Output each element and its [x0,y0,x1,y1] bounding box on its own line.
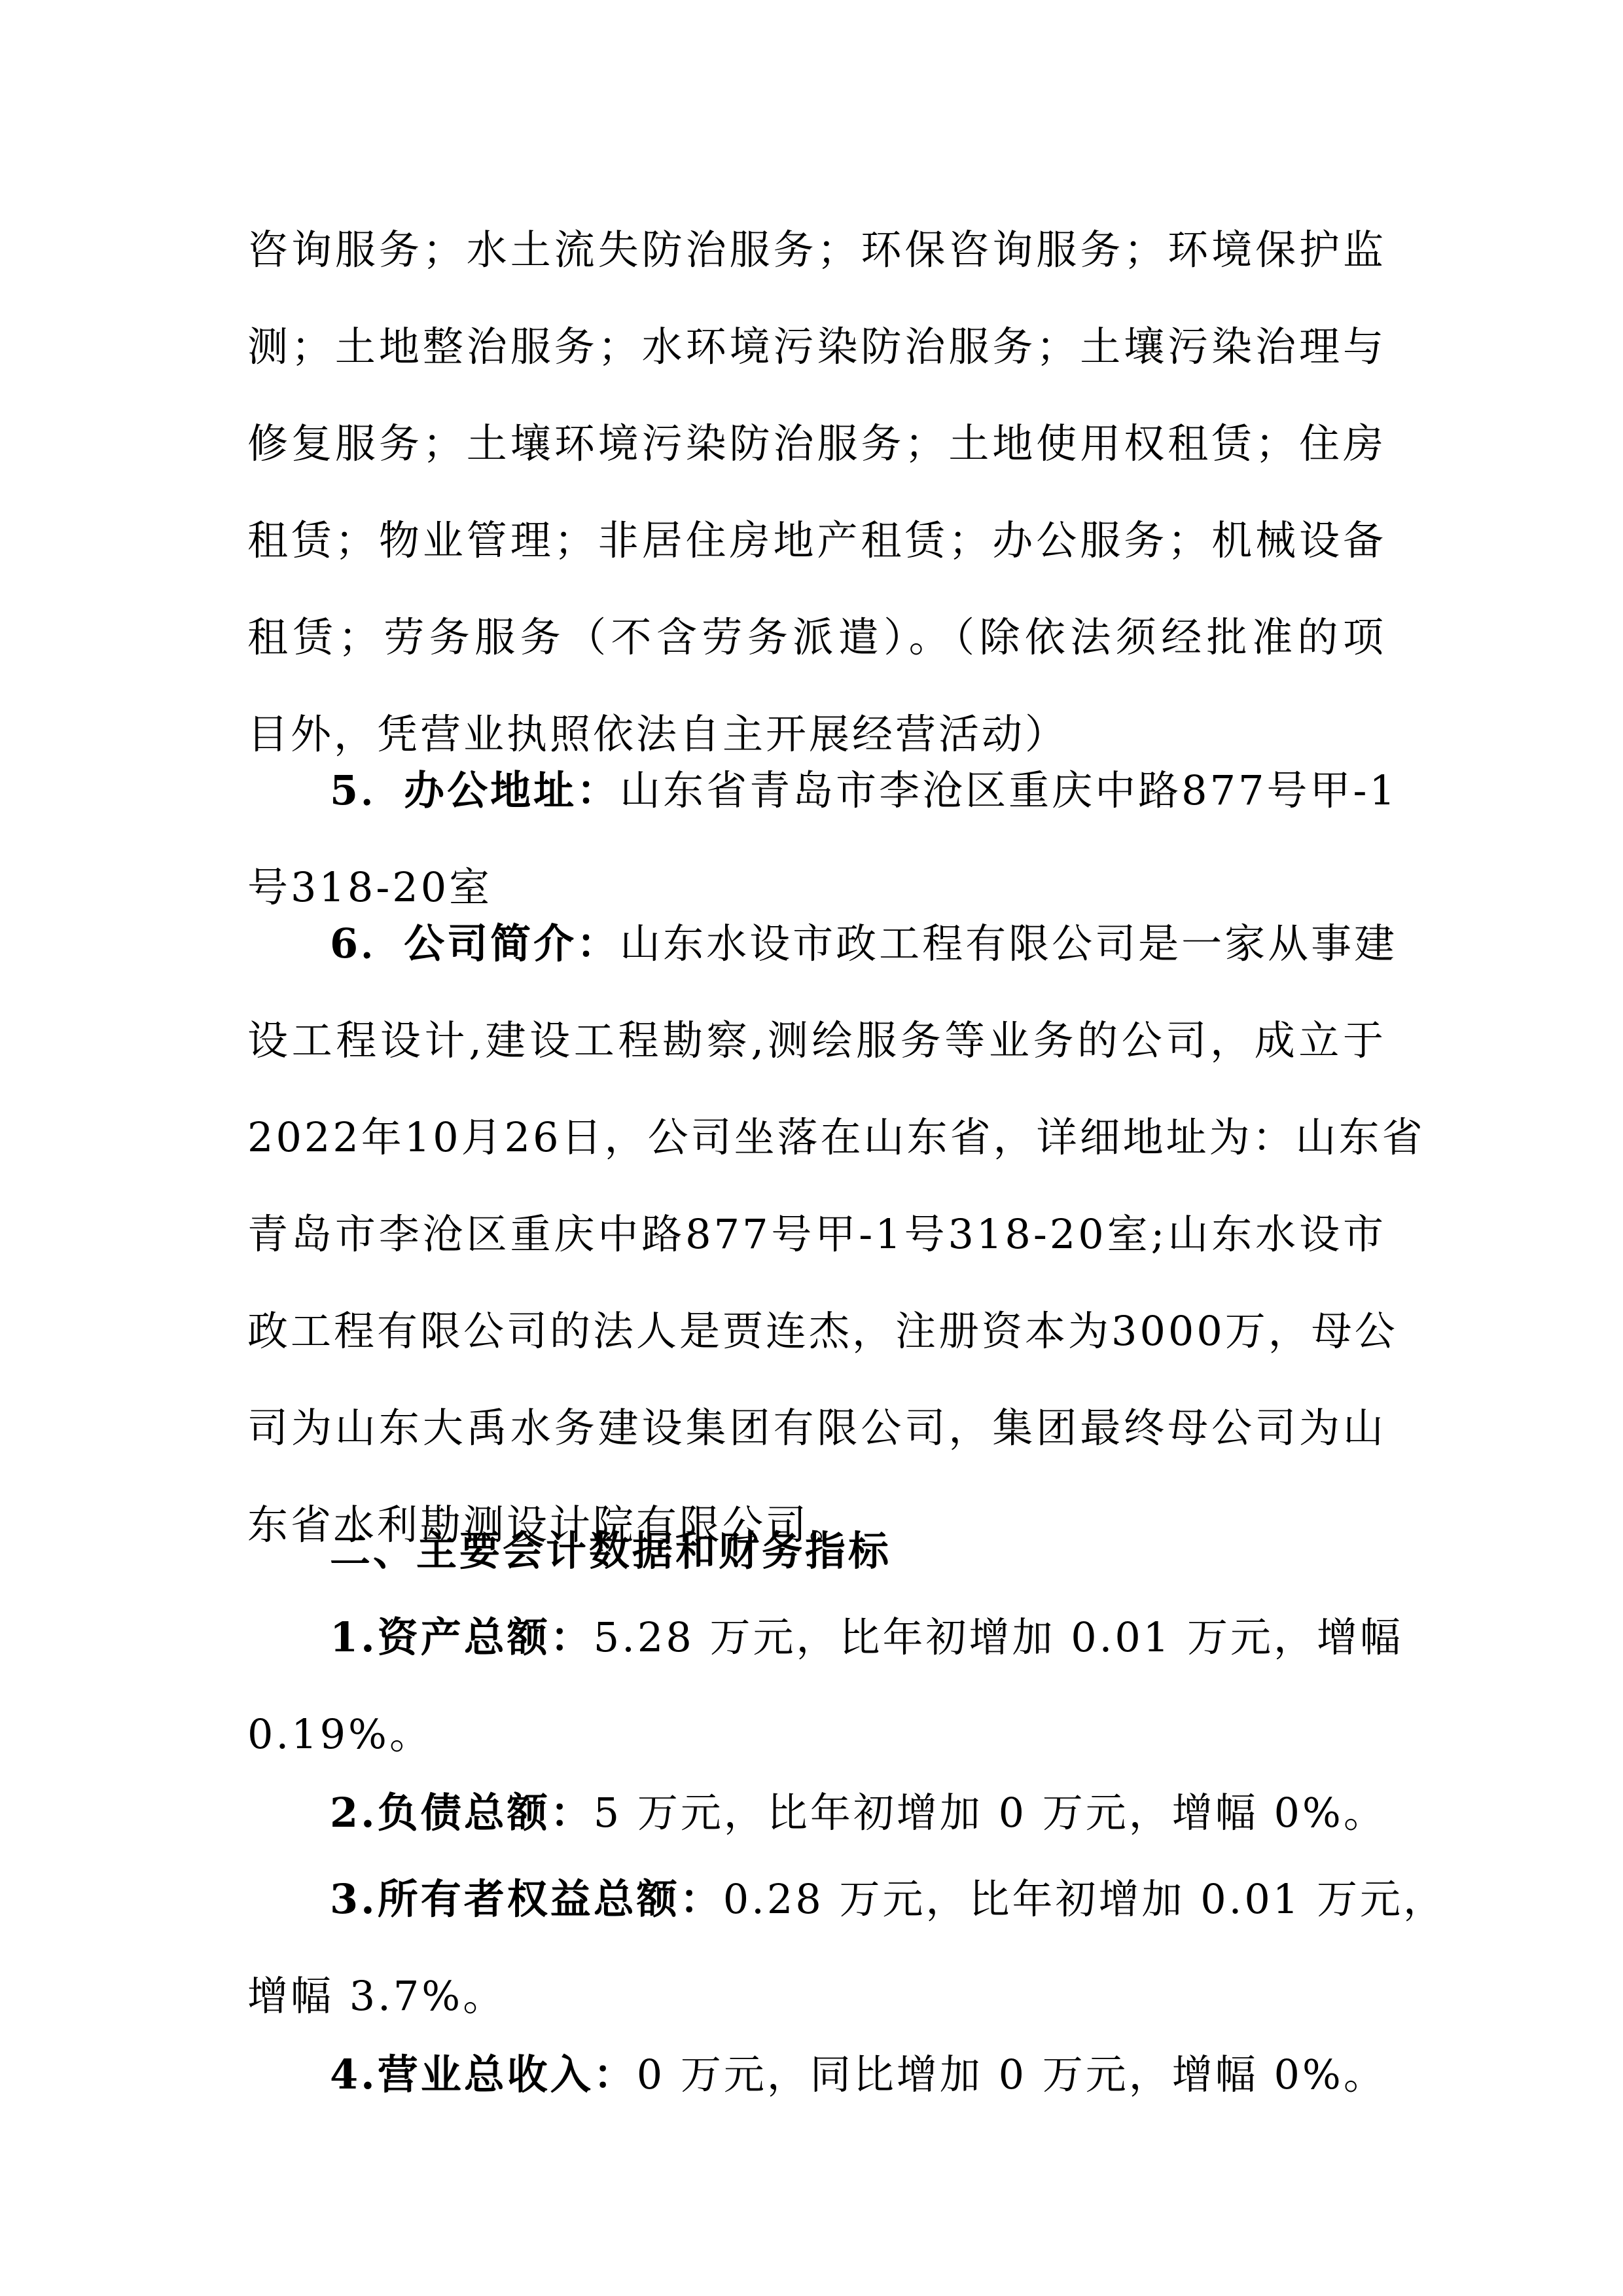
total-liabilities-line: 2.负债总额：5 万元，比年初增加 0 万元，增幅 0%。 [330,1787,1386,1839]
company-profile-line-2: 设工程设计,建设工程勘察,测绘服务等业务的公司，成立于 [247,1014,1386,1067]
business-scope-line-4: 租赁；物业管理；非居住房地产租赁；办公服务；机械设备 [247,514,1386,567]
business-scope-line-6: 目外，凭营业执照依法自主开展经营活动） [247,708,1386,761]
total-liabilities-label: 2.负债总额： [330,1789,594,1837]
owners-equity-line-2: 增幅 3.7%。 [247,1970,1386,2022]
company-profile-label: 6．公司简介： [330,920,620,967]
company-profile-paragraph: 6．公司简介：山东水设市政工程有限公司是一家从事建 [330,918,1386,970]
total-assets-line-1: 1.资产总额：5.28 万元，比年初增加 0.01 万元，增幅 [330,1611,1386,1664]
office-address-value-line-2: 号318-20室 [247,861,1386,914]
business-scope-line-1: 咨询服务；水土流失防治服务；环保咨询服务；环境保护监 [247,224,1386,276]
total-liabilities-value: 5 万元，比年初增加 0 万元，增幅 0%。 [594,1789,1387,1837]
company-profile-line-6: 司为山东大禹水务建设集团有限公司，集团最终母公司为山 [247,1402,1386,1454]
owners-equity-label: 3.所有者权益总额： [330,1875,723,1923]
company-profile-line-3: 2022年10月26日，公司坐落在山东省，详细地址为：山东省 [247,1111,1386,1164]
owners-equity-line-1: 3.所有者权益总额：0.28 万元，比年初增加 0.01 万元， [330,1873,1386,1926]
business-scope-line-3: 修复服务；土壤环境污染防治服务；土地使用权租赁；住房 [247,418,1386,470]
office-address-value-line-1: 山东省青岛市李沧区重庆中路877号甲-1 [620,766,1398,814]
section-two-heading: 二、主要会计数据和财务指标 [330,1525,1386,1577]
total-assets-label: 1.资产总额： [330,1613,594,1661]
office-address-paragraph: 5．办公地址：山东省青岛市李沧区重庆中路877号甲-1 [330,764,1386,817]
company-profile-line-4: 青岛市李沧区重庆中路877号甲-1号318-20室;山东水设市 [247,1208,1386,1261]
total-revenue-value: 0 万元，同比增加 0 万元，增幅 0%。 [637,2051,1387,2098]
owners-equity-value: 0.28 万元，比年初增加 0.01 万元， [723,1875,1446,1923]
company-profile-line-5: 政工程有限公司的法人是贾连杰，注册资本为3000万，母公 [247,1305,1386,1357]
business-scope-line-2: 测；土地整治服务；水环境污染防治服务；土壤污染治理与 [247,321,1386,373]
business-scope-line-5: 租赁；劳务服务（不含劳务派遣）。（除依法须经批准的项 [247,611,1386,664]
total-revenue-label: 4.营业总收入： [330,2051,637,2098]
total-revenue-line: 4.营业总收入：0 万元，同比增加 0 万元，增幅 0%。 [330,2049,1386,2101]
office-address-label: 5．办公地址： [330,766,620,814]
document-page: 咨询服务；水土流失防治服务；环保咨询服务；环境保护监 测；土地整治服务；水环境污… [0,0,1623,2296]
company-profile-line-1: 山东水设市政工程有限公司是一家从事建 [620,920,1397,967]
total-assets-line-2: 0.19%。 [247,1708,1386,1761]
total-assets-value: 5.28 万元，比年初增加 0.01 万元，增幅 [594,1613,1403,1661]
